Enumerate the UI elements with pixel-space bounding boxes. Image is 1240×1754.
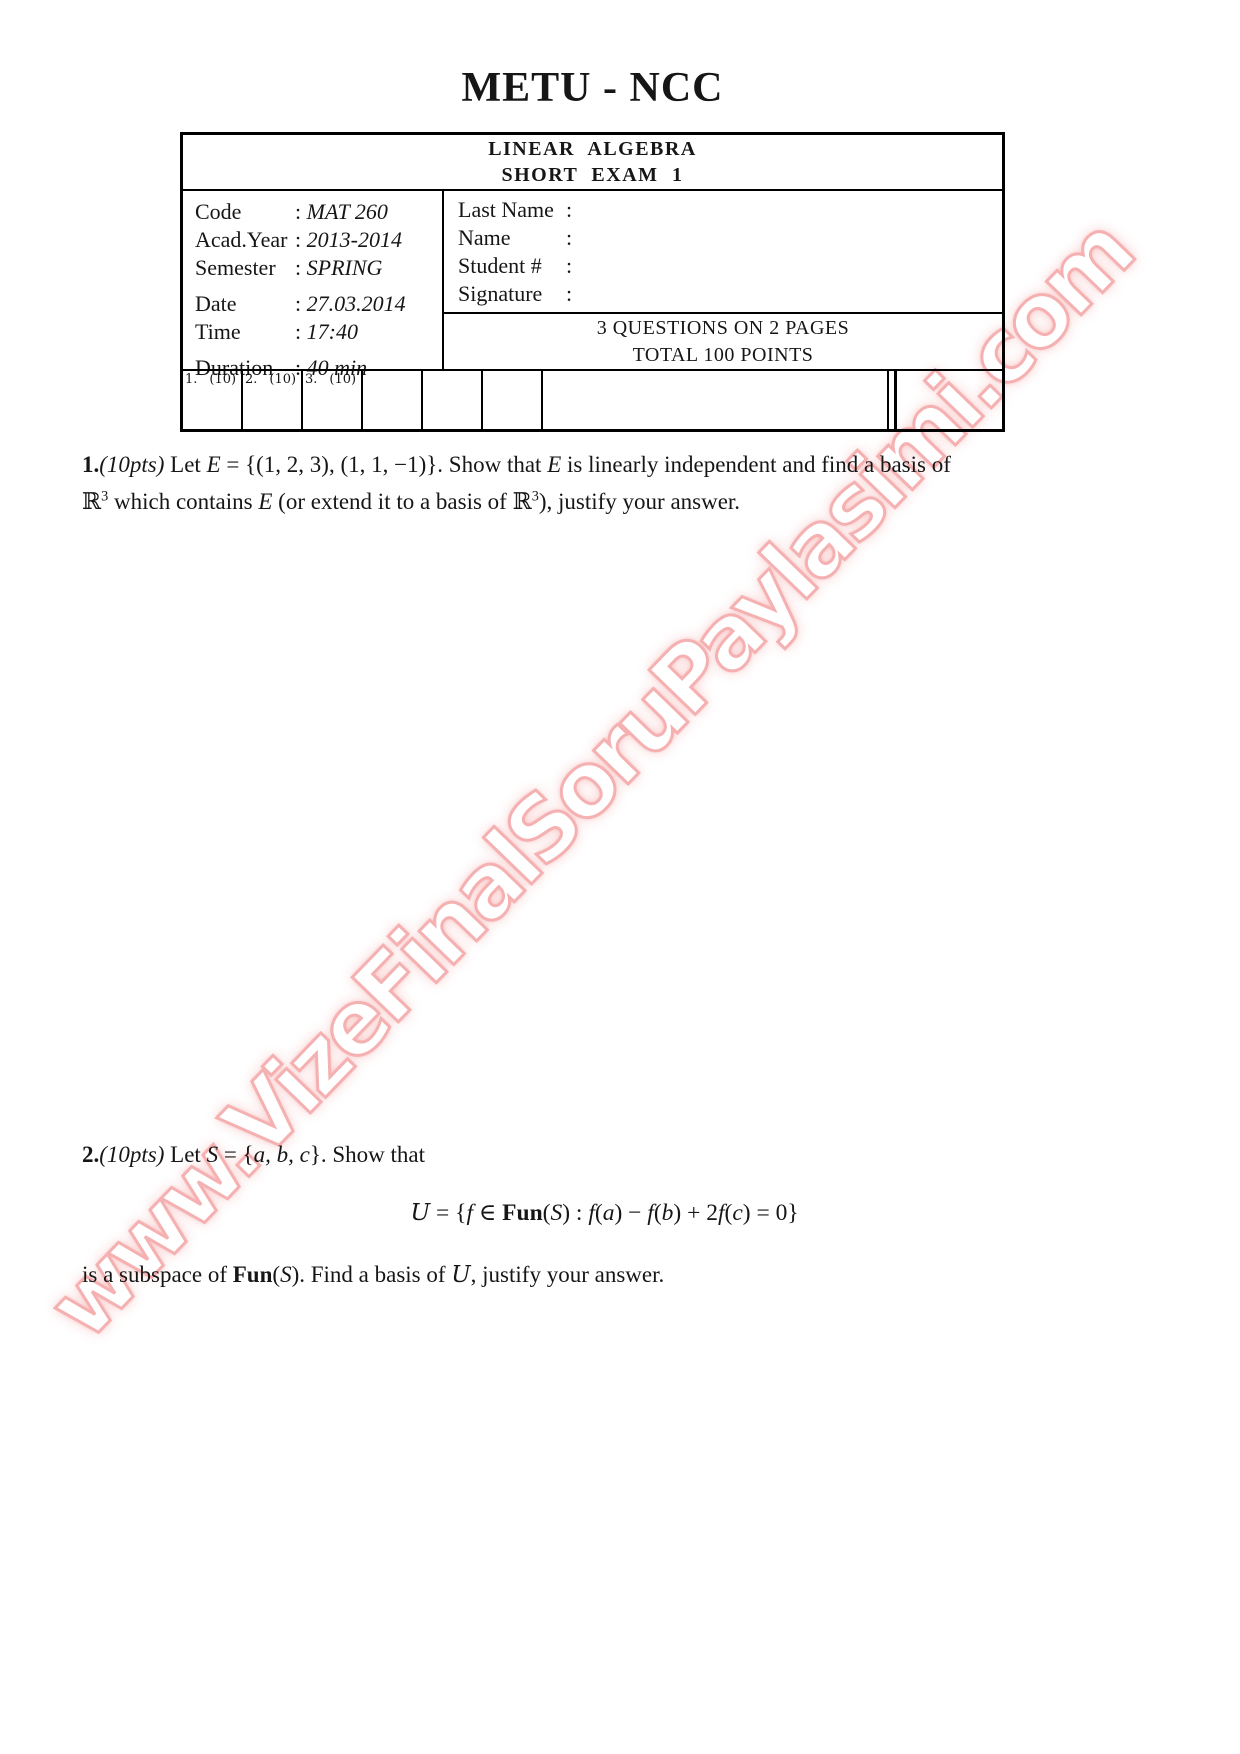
info-row-date: Date: 27.03.2014 bbox=[195, 290, 442, 318]
score-cell-empty bbox=[423, 371, 483, 429]
info-label: Code bbox=[195, 198, 295, 226]
score-cell-q3: 3.(10) bbox=[303, 371, 363, 429]
info-colon: : bbox=[295, 291, 301, 316]
info-value: 17:40 bbox=[307, 319, 358, 344]
info-colon: : bbox=[295, 319, 301, 344]
field-signature: Signature: bbox=[458, 280, 1002, 308]
score-cell-q2: 2.(10) bbox=[243, 371, 303, 429]
info-colon: : bbox=[295, 255, 301, 280]
field-label: Last Name bbox=[458, 196, 566, 224]
question-1-line-2: ℝ3 which contains E (or extend it to a b… bbox=[82, 483, 1082, 520]
info-row-semester: Semester: SPRING bbox=[195, 254, 442, 282]
info-value: SPRING bbox=[307, 255, 383, 280]
score-cell-number: 3. bbox=[305, 372, 317, 387]
student-fields: Last Name: Name: Student #: Signature: bbox=[444, 191, 1002, 312]
course-name: LINEAR ALGEBRA bbox=[488, 136, 697, 162]
info-value: 27.03.2014 bbox=[307, 291, 406, 316]
score-cell-points: (10) bbox=[269, 372, 296, 387]
exam-notice: 3 QUESTIONS ON 2 PAGES TOTAL 100 POINTS bbox=[444, 312, 1002, 369]
exam-name: SHORT EXAM 1 bbox=[501, 162, 683, 188]
info-label: Time bbox=[195, 318, 295, 346]
score-row: 1.(10) 2.(10) 3.(10) bbox=[183, 369, 1002, 429]
info-row-code: Code: MAT 260 bbox=[195, 198, 442, 226]
info-section: Code: MAT 260 Acad.Year: 2013-2014 Semes… bbox=[183, 191, 1002, 369]
score-double-rule bbox=[889, 371, 897, 429]
score-cell-wide bbox=[543, 371, 889, 429]
course-header: LINEAR ALGEBRA SHORT EXAM 1 bbox=[183, 135, 1002, 191]
student-info-panel: Last Name: Name: Student #: Signature: bbox=[444, 191, 1002, 369]
info-row-time: Time: 17:40 bbox=[195, 318, 442, 346]
field-label: Name bbox=[458, 224, 566, 252]
info-label: Date bbox=[195, 290, 295, 318]
score-cell-points: (10) bbox=[329, 372, 356, 387]
info-row-acad-year: Acad.Year: 2013-2014 bbox=[195, 226, 442, 254]
info-colon: : bbox=[295, 227, 301, 252]
field-colon: : bbox=[566, 253, 572, 278]
info-label: Acad.Year bbox=[195, 226, 295, 254]
field-label: Student # bbox=[458, 252, 566, 280]
field-name: Name: bbox=[458, 224, 1002, 252]
info-value: MAT 260 bbox=[307, 199, 388, 224]
field-colon: : bbox=[566, 225, 572, 250]
notice-line-1: 3 QUESTIONS ON 2 PAGES bbox=[597, 315, 850, 342]
notice-line-2: TOTAL 100 POINTS bbox=[633, 342, 814, 369]
info-colon: : bbox=[295, 199, 301, 224]
page-title: METU - NCC bbox=[180, 64, 1005, 112]
info-value: 2013-2014 bbox=[307, 227, 402, 252]
info-label: Semester bbox=[195, 254, 295, 282]
question-2-intro: 2.(10pts) Let S = {a, b, c}. Show that bbox=[82, 1136, 1082, 1173]
score-cell-total bbox=[897, 371, 1002, 429]
question-2-outro: is a subspace of Fun(S). Find a basis of… bbox=[82, 1256, 1082, 1294]
exam-page: www.VizeFinalSoruPaylasimi.com METU - NC… bbox=[0, 0, 1240, 1754]
course-info-panel: Code: MAT 260 Acad.Year: 2013-2014 Semes… bbox=[183, 191, 444, 369]
score-cell-number: 2. bbox=[245, 372, 257, 387]
score-cell-number: 1. bbox=[185, 372, 197, 387]
score-cell-points: (10) bbox=[209, 372, 236, 387]
field-colon: : bbox=[566, 281, 572, 306]
question-1-line-1: 1.(10pts) Let E = {(1, 2, 3), (1, 1, −1)… bbox=[82, 446, 1082, 483]
field-label: Signature bbox=[458, 280, 566, 308]
field-colon: : bbox=[566, 197, 572, 222]
field-last-name: Last Name: bbox=[458, 196, 1002, 224]
field-student-number: Student #: bbox=[458, 252, 1002, 280]
question-2-equation: U = {f ∈ Fun(S) : f(a) − f(b) + 2f(c) = … bbox=[82, 1194, 1127, 1231]
score-cell-empty bbox=[483, 371, 543, 429]
score-cell-empty bbox=[363, 371, 423, 429]
exam-header-table: LINEAR ALGEBRA SHORT EXAM 1 Code: MAT 26… bbox=[180, 132, 1005, 432]
score-cell-q1: 1.(10) bbox=[183, 371, 243, 429]
